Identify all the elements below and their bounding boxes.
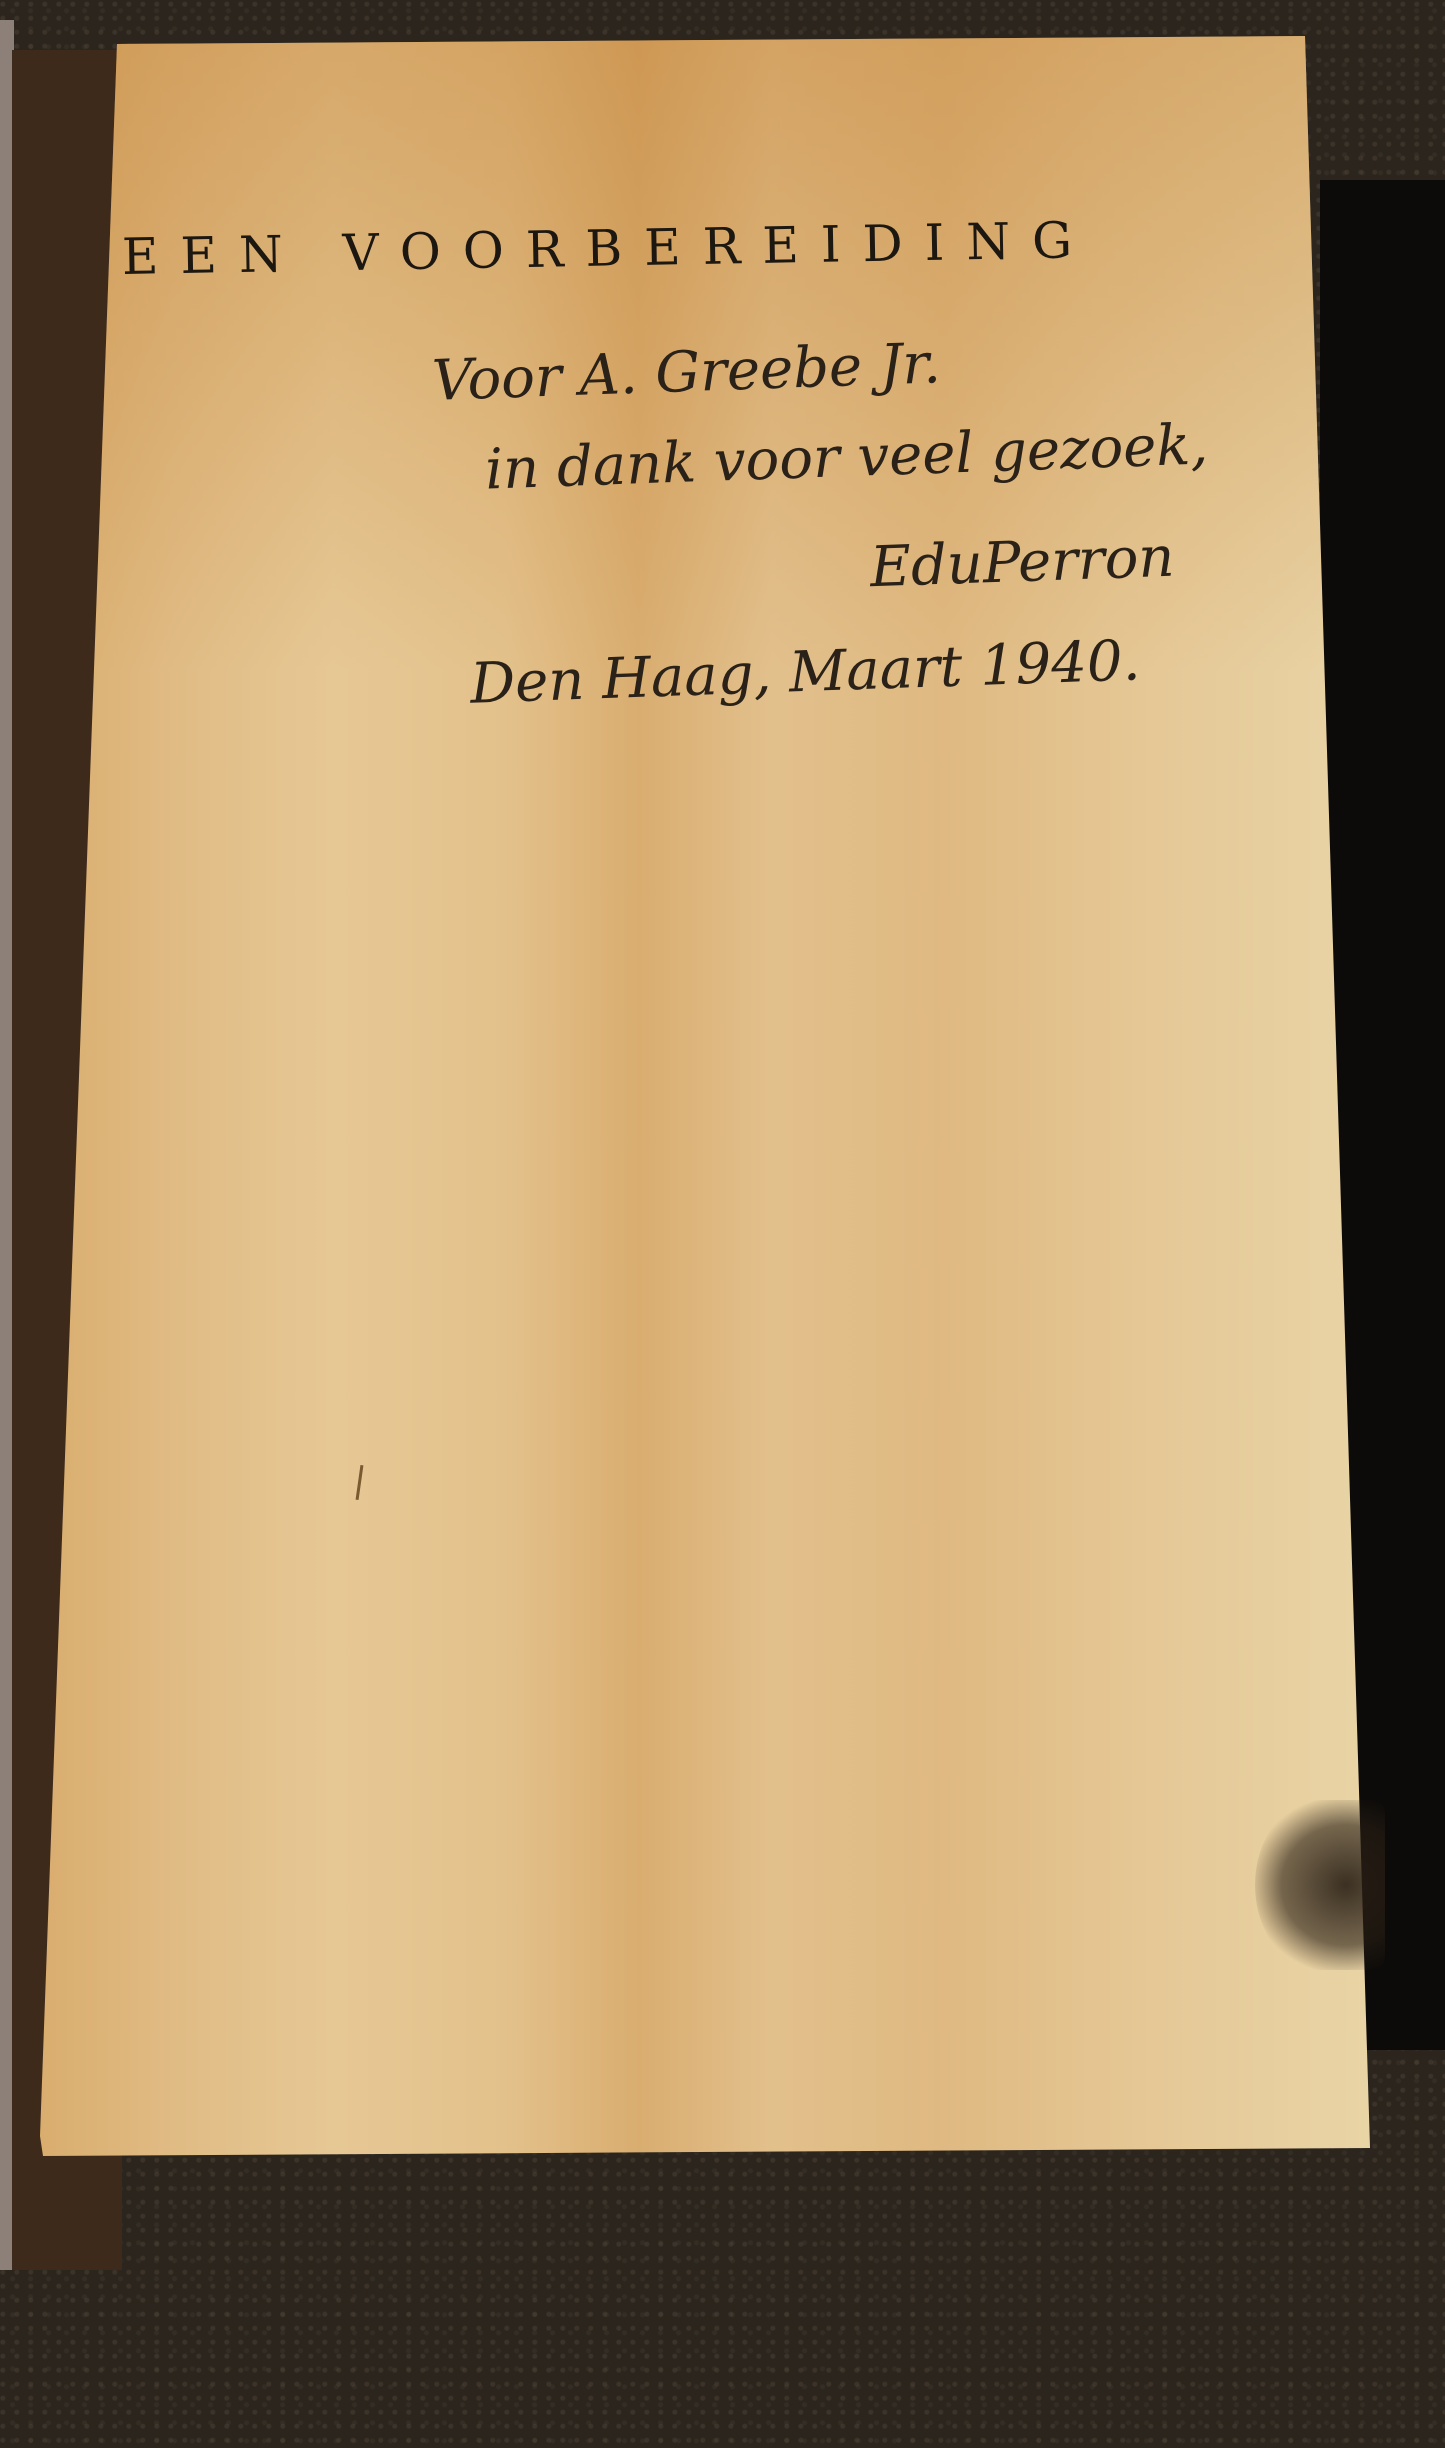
thumb-shadow (1255, 1800, 1385, 1970)
inscription-signature: EduPerron (869, 525, 1176, 601)
